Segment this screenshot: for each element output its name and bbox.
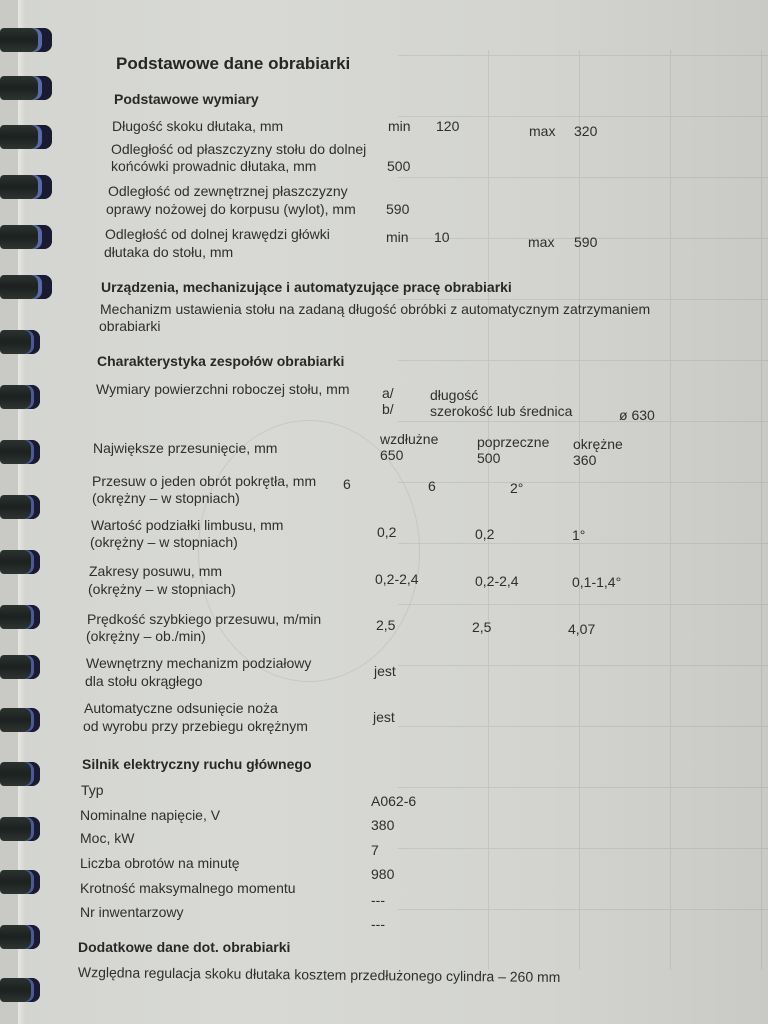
dim-label: Odległość od dolnej krawędzi główki — [105, 226, 330, 243]
char-value: jest — [374, 663, 396, 680]
char-value: 2,5 — [376, 617, 395, 634]
dim-min-label: min — [388, 118, 411, 135]
char-label: Przesuw o jeden obrót pokrętła, mm — [92, 473, 316, 490]
motor-value: 7 — [371, 842, 379, 859]
dim-label: Odległość od płaszczyzny stołu do dolnej — [111, 141, 366, 158]
char-value: 2,5 — [472, 619, 491, 636]
char-label: Wartość podziałki limbusu, mm — [91, 517, 283, 534]
column-header: wzdłużne — [380, 431, 438, 448]
table-surface-a-label: długość — [430, 387, 478, 404]
section-heading-basic-dimensions: Podstawowe wymiary — [114, 91, 259, 108]
char-label: (okrężny – w stopniach) — [92, 490, 240, 507]
page-title: Podstawowe dane obrabiarki — [116, 55, 350, 72]
motor-value: 380 — [371, 817, 394, 834]
char-value: 0,1-1,4° — [572, 574, 621, 591]
motor-value: --- — [371, 916, 385, 933]
motor-label: Nominalne napięcie, V — [80, 807, 220, 824]
additional-text: Względna regulacja skoku dłutaka kosztem… — [78, 964, 561, 986]
char-label: Zakresy posuwu, mm — [89, 563, 222, 580]
char-label: Automatyczne odsunięcie noża — [84, 700, 278, 717]
table-surface-a: a/ — [382, 385, 394, 402]
dim-max-value: 320 — [574, 123, 597, 140]
table-surface-b: b/ — [382, 401, 394, 418]
char-label: (okrężny – w stopniach) — [88, 581, 236, 598]
dim-min-value: 120 — [436, 118, 459, 135]
motor-value: A062-6 — [371, 793, 416, 810]
dim-label: Odległość od zewnętrznej płaszczyzny — [108, 183, 348, 200]
char-value: 0,2-2,4 — [475, 573, 519, 590]
dim-max-label: max — [529, 123, 555, 140]
dim-max-label: max — [528, 234, 554, 251]
dim-label: dłutaka do stołu, mm — [104, 244, 233, 261]
char-value: 1° — [572, 527, 585, 544]
char-value: 0,2 — [475, 526, 494, 543]
motor-label: Liczba obrotów na minutę — [80, 855, 240, 872]
devices-text: Mechanizm ustawienia stołu na zadaną dłu… — [100, 301, 650, 318]
dim-value: 590 — [386, 201, 409, 218]
char-value: 650 — [380, 447, 403, 464]
motor-label: Nr inwentarzowy — [80, 904, 183, 921]
dim-value: 500 — [387, 158, 410, 175]
motor-label: Krotność maksymalnego momentu — [80, 880, 296, 897]
char-label: od wyrobu przy przebiegu okrężnym — [83, 718, 308, 735]
dim-label: końcówki prowadnic dłutaka, mm — [111, 158, 316, 175]
section-heading-devices: Urządzenia, mechanizujące i automatyzują… — [101, 279, 512, 296]
section-heading-characteristics: Charakterystyka zespołów obrabiarki — [97, 353, 344, 370]
char-label: (okrężny – ob./min) — [86, 628, 206, 645]
char-label: Największe przesunięcie, mm — [93, 440, 277, 457]
motor-value: --- — [371, 892, 385, 909]
section-heading-additional: Dodatkowe dane dot. obrabiarki — [78, 939, 290, 956]
char-value: 4,07 — [568, 621, 595, 638]
column-header: poprzeczne — [477, 434, 549, 451]
table-surface-b-value: ø 630 — [619, 407, 655, 424]
char-value: 0,2-2,4 — [375, 571, 419, 588]
motor-value: 980 — [371, 866, 394, 883]
char-value: 6 — [343, 476, 351, 493]
char-value: 360 — [573, 452, 596, 469]
char-label: Prędkość szybkiego przesuwu, m/min — [87, 611, 321, 628]
char-label: Wewnętrzny mechanizm podziałowy — [86, 655, 311, 672]
document-content: Podstawowe dane obrabiarki Podstawowe wy… — [0, 0, 768, 1024]
dim-max-value: 590 — [574, 234, 597, 251]
table-surface-b-label: szerokość lub średnica — [430, 403, 572, 420]
char-value: 6 — [428, 478, 436, 495]
dim-label: oprawy nożowej do korpusu (wylot), mm — [106, 201, 356, 218]
section-heading-motor: Silnik elektryczny ruchu głównego — [82, 756, 312, 773]
char-label: (okrężny – w stopniach) — [90, 534, 238, 551]
char-label: dla stołu okrągłego — [85, 673, 203, 690]
motor-label: Typ — [81, 782, 104, 799]
char-value: jest — [373, 709, 395, 726]
char-value: 500 — [477, 450, 500, 467]
char-value: 0,2 — [377, 524, 396, 541]
char-value: 2° — [510, 480, 523, 497]
table-surface-label: Wymiary powierzchni roboczej stołu, mm — [96, 381, 350, 398]
dim-label: Długość skoku dłutaka, mm — [112, 118, 283, 135]
dim-min-label: min — [386, 229, 409, 246]
devices-text: obrabiarki — [99, 318, 160, 335]
dim-min-value: 10 — [434, 229, 450, 246]
motor-label: Moc, kW — [80, 830, 134, 847]
column-header: okrężne — [573, 436, 623, 453]
